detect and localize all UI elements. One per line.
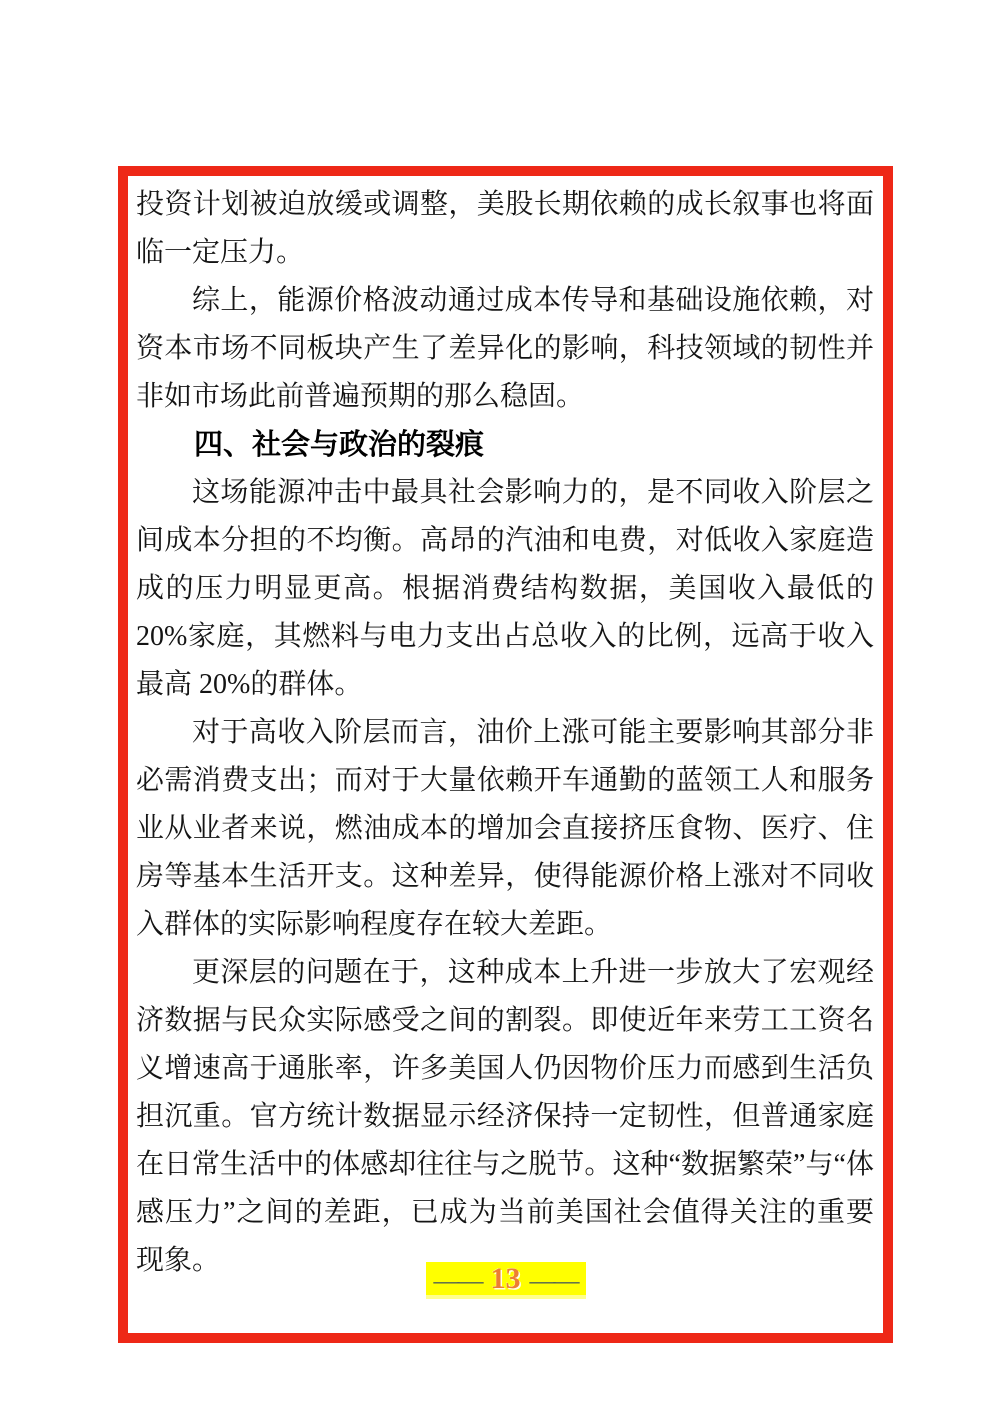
page-frame: 投资计划被迫放缓或调整，美股长期依赖的成长叙事也将面临一定压力。 综上，能源价格… bbox=[118, 166, 893, 1343]
footer-dash-left: —— bbox=[434, 1268, 482, 1294]
footer-dash-right: —— bbox=[530, 1268, 578, 1294]
paragraph-continuation: 投资计划被迫放缓或调整，美股长期依赖的成长叙事也将面临一定压力。 bbox=[136, 181, 874, 277]
paragraph: 更深层的问题在于，这种成本上升进一步放大了宏观经济数据与民众实际感受之间的割裂。… bbox=[136, 949, 874, 1285]
paragraph: 这场能源冲击中最具社会影响力的，是不同收入阶层之间成本分担的不均衡。高昂的汽油和… bbox=[136, 469, 874, 709]
section-heading: 四、社会与政治的裂痕 bbox=[136, 421, 874, 469]
paragraph: 综上，能源价格波动通过成本传导和基础设施依赖，对资本市场不同板块产生了差异化的影… bbox=[136, 277, 874, 421]
page-number-footer: —— 13 —— bbox=[426, 1262, 586, 1299]
page-content: 投资计划被迫放缓或调整，美股长期依赖的成长叙事也将面临一定压力。 综上，能源价格… bbox=[128, 176, 883, 1285]
page-number: 13 bbox=[489, 1264, 523, 1298]
paragraph: 对于高收入阶层而言，油价上涨可能主要影响其部分非必需消费支出；而对于大量依赖开车… bbox=[136, 709, 874, 949]
document-page: 投资计划被迫放缓或调整，美股长期依赖的成长叙事也将面临一定压力。 综上，能源价格… bbox=[0, 0, 1000, 1414]
